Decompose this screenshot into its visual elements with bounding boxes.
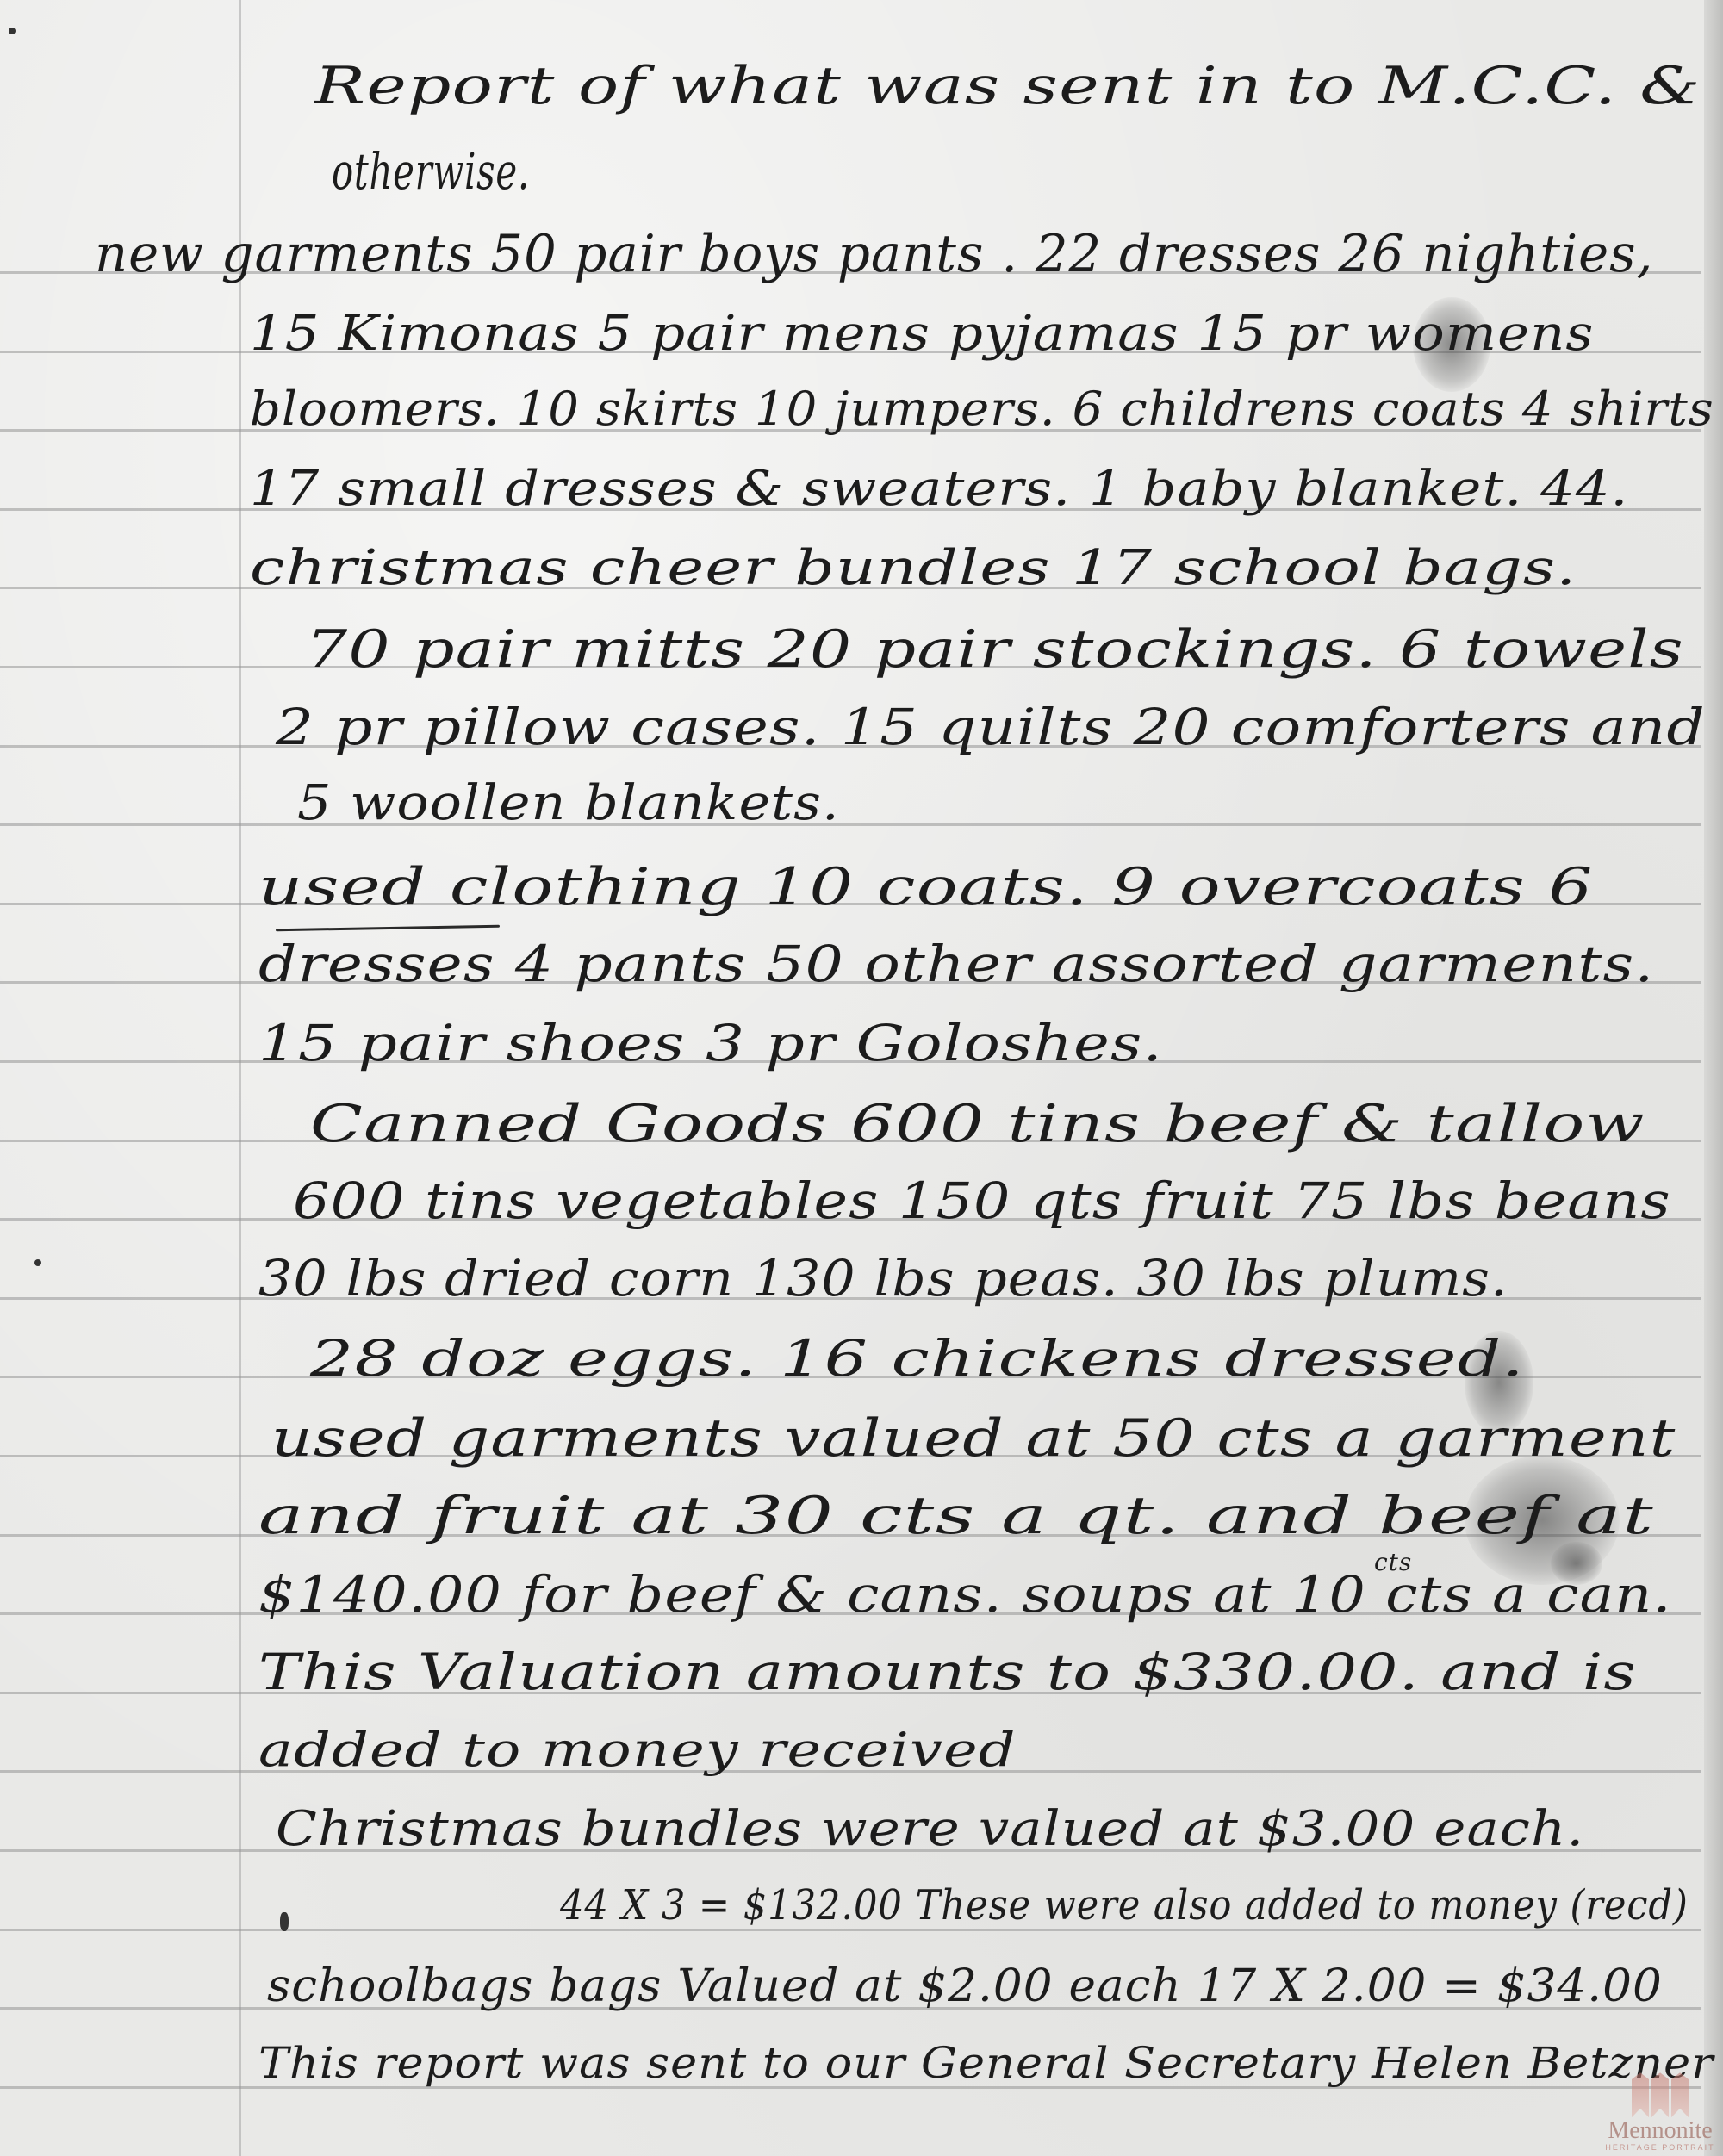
line-dresses-pants: dresses 4 pants 50 other assorted garmen… [258, 939, 1654, 989]
line-christmas-bundles-value: Christmas bundles were valued at $3.00 e… [276, 1805, 1584, 1854]
page-edge [1704, 0, 1723, 2156]
line-kimonas: 15 Kimonas 5 pair mens pyjamas 15 pr wom… [250, 310, 1594, 358]
soups-correction-annotation: cts [1374, 1550, 1412, 1575]
line-beef-cans: $140.00 for beef & cans. soups at 10 cts… [258, 1569, 1672, 1619]
notebook-page: Report of what was sent in to M.C.C. & o… [0, 0, 1723, 2156]
line-added-to-money: added to money received [258, 1727, 1017, 1774]
line-mitts: 70 pair mitts 20 pair stockings. 6 towel… [306, 624, 1684, 675]
line-sent-to-secretary: This report was sent to our General Secr… [258, 2041, 1714, 2085]
line-tins-vegetables: 600 tins vegetables 150 qts fruit 75 lbs… [293, 1176, 1671, 1226]
line-new-garments: new garments 50 pair boys pants . 22 dre… [95, 228, 1653, 280]
line-woollen-blankets: 5 woollen blankets. [297, 780, 840, 828]
ink-speck [9, 28, 16, 34]
watermark: Mennonite HERITAGE PORTRAIT [1604, 2072, 1716, 2153]
line-school-bags-value: schoolbags bags Valued at $2.00 each 17 … [267, 1964, 1663, 2009]
line-shoes: 15 pair shoes 3 pr Goloshes. [258, 1018, 1163, 1068]
line-bundles-calculation: 44 X 3 = $132.00 These were also added t… [560, 1885, 1689, 1926]
line-used-clothing: used clothing 10 coats. 9 overcoats 6 [258, 861, 1594, 913]
watermark-subtitle: HERITAGE PORTRAIT [1604, 2143, 1716, 2153]
used-clothing-underline [276, 925, 500, 932]
watermark-logo-icon [1604, 2072, 1716, 2117]
report-title-continued: otherwise. [332, 146, 530, 196]
margin-line [239, 0, 241, 2156]
line-christmas-cheer: christmas cheer bundles 17 school bags. [250, 544, 1577, 593]
line-pillow-cases: 2 pr pillow cases. 15 quilts 20 comforte… [276, 702, 1706, 752]
line-valuation-total: This Valuation amounts to $330.00. and i… [258, 1647, 1637, 1697]
line-eggs-chickens: 28 doz eggs. 16 chickens dressed. [310, 1333, 1525, 1383]
watermark-title: Mennonite [1604, 2119, 1716, 2143]
line-used-garments-value: used garments valued at 50 cts a garment [271, 1413, 1676, 1464]
line-dried-corn: 30 lbs dried corn 130 lbs peas. 30 lbs p… [258, 1253, 1508, 1303]
line-bloomers: bloomers. 10 skirts 10 jumpers. 6 childr… [250, 386, 1714, 432]
line-canned-goods: Canned Goods 600 tins beef & tallow [310, 1098, 1645, 1150]
line-fruit-value: and fruit at 30 cts a qt. and beef at [258, 1490, 1654, 1542]
ruled-line [0, 823, 1701, 826]
report-title: Report of what was sent in to M.C.C. & [314, 60, 1701, 112]
line-small-dresses: 17 small dresses & sweaters. 1 baby blan… [250, 465, 1628, 513]
ink-speck [34, 1259, 41, 1266]
ink-speck [280, 1912, 289, 1931]
